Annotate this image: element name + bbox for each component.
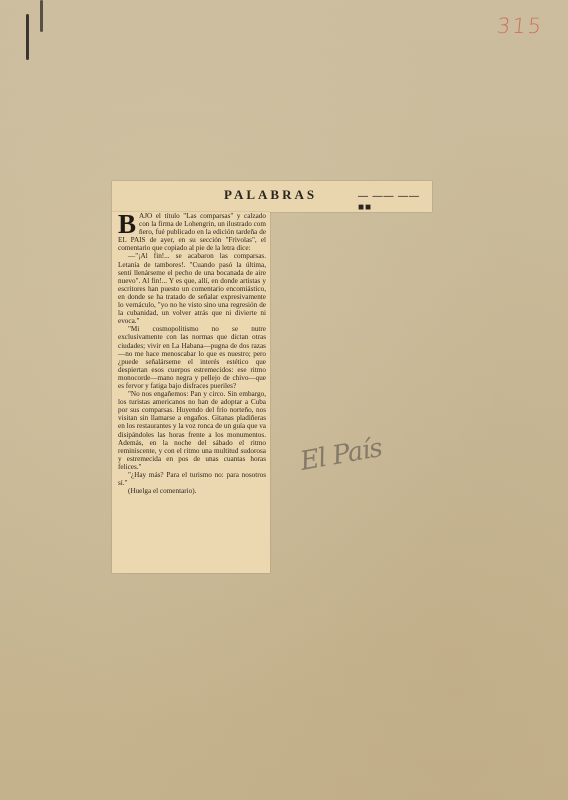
- page-number: 315: [496, 14, 545, 38]
- paragraph: BAJO el título "Las comparsas" y calzado…: [118, 212, 266, 252]
- handwritten-annotation: El País: [298, 433, 384, 477]
- paragraph: (Huelga el comentario).: [118, 487, 266, 495]
- clipping-body: BAJO el título "Las comparsas" y calzado…: [112, 212, 270, 573]
- drop-cap: B: [118, 213, 136, 235]
- paragraph: "No nos engañemos: Pan y circo. Sin emba…: [118, 390, 266, 471]
- paragraph: "¿Hay más? Para el turismo no: para noso…: [118, 471, 266, 487]
- paragraph: "Mi cosmopolitismo no se nutre exclusiva…: [118, 325, 266, 390]
- article-text: BAJO el título "Las comparsas" y calzado…: [112, 212, 270, 495]
- title-ornament: — —— —— ■■: [358, 191, 432, 213]
- ink-mark: [40, 0, 43, 32]
- paragraph: —"¡Al fin!... se acabaron las comparsas.…: [118, 252, 266, 325]
- ink-mark: [26, 14, 29, 60]
- clipping-header: PALABRAS — —— —— ■■: [112, 181, 432, 212]
- archive-page: 315 PALABRAS — —— —— ■■ BAJO el título "…: [0, 0, 568, 800]
- clipping-title: PALABRAS: [224, 187, 317, 203]
